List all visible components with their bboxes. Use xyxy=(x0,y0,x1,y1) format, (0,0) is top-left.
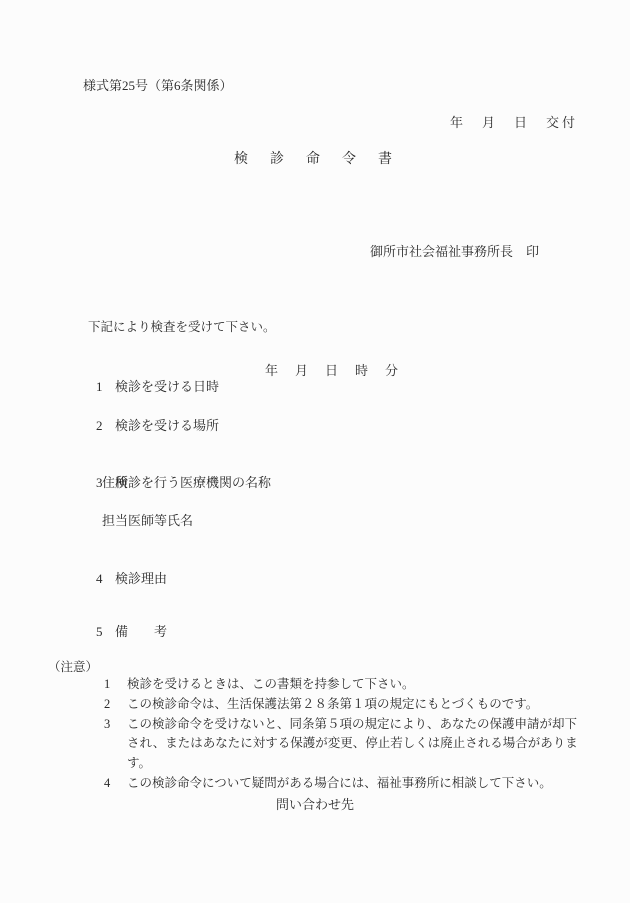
item-label: 検診を受ける場所 xyxy=(115,418,219,433)
item-exam-reason: 4検診理由 xyxy=(83,552,167,603)
note-text: 検診を受けるときは、この書類を持参して下さい。 xyxy=(127,675,586,695)
issue-date-line: 年 月 日 交付 xyxy=(450,115,578,131)
note-item-bring-document: 1 検診を受けるときは、この書類を持参して下さい。 xyxy=(104,675,586,695)
note-number: 1 xyxy=(104,675,127,695)
note-item-legal-basis: 2 この検診命令は、生活保護法第２８条第１項の規定にもとづくものです。 xyxy=(104,695,586,715)
note-item-questions: 4 この検診命令について疑問がある場合には、福祉事務所に相談して下さい。 xyxy=(104,774,586,794)
note-text: この検診命令を受けないと、同条第５項の規定により、あなたの保護申請が却下され、ま… xyxy=(127,715,586,774)
instruction-line: 下記により検査を受けて下さい。 xyxy=(88,319,276,335)
item-label: 検診を行う医療機関の名称 xyxy=(115,475,271,490)
item-label: 検診理由 xyxy=(115,571,167,586)
item-label: 検診を受ける日時 xyxy=(115,379,219,394)
note-number: 4 xyxy=(104,774,127,794)
item-institution-address-label: 住所 xyxy=(102,475,128,491)
note-text: この検診命令は、生活保護法第２８条第１項の規定にもとづくものです。 xyxy=(127,695,586,715)
notes-list: 1 検診を受けるときは、この書類を持参して下さい。 2 この検診命令は、生活保護… xyxy=(104,675,586,794)
note-number: 3 xyxy=(104,715,127,774)
note-number: 2 xyxy=(104,695,127,715)
issuer-signature-line: 御所市社会福祉事務所長 印 xyxy=(370,244,539,260)
item-number: 5 xyxy=(96,624,115,640)
item-label: 備 考 xyxy=(115,624,167,639)
form-number: 様式第25号（第6条関係） xyxy=(83,78,233,94)
item-number: 2 xyxy=(96,418,115,434)
item-doctor-name-label: 担当医師等氏名 xyxy=(102,513,193,529)
notes-heading: （注意） xyxy=(48,659,98,675)
contact-label: 問い合わせ先 xyxy=(0,797,630,813)
item-number: 4 xyxy=(96,571,115,587)
item-datetime-blanks: 年 月 日 時 分 xyxy=(265,360,400,379)
note-text: この検診命令について疑問がある場合には、福祉事務所に相談して下さい。 xyxy=(127,774,586,794)
document-title: 検 診 命 令 書 xyxy=(0,152,630,168)
item-exam-place: 2検診を受ける場所 xyxy=(83,399,219,450)
item-number: 1 xyxy=(96,379,115,395)
medical-examination-order-document: 様式第25号（第6条関係） 年 月 日 交付 検 診 命 令 書 御所市社会福祉… xyxy=(0,0,630,903)
item-remarks: 5備 考 xyxy=(83,605,167,656)
note-item-consequences: 3 この検診命令を受けないと、同条第５項の規定により、あなたの保護申請が却下され… xyxy=(104,715,586,774)
